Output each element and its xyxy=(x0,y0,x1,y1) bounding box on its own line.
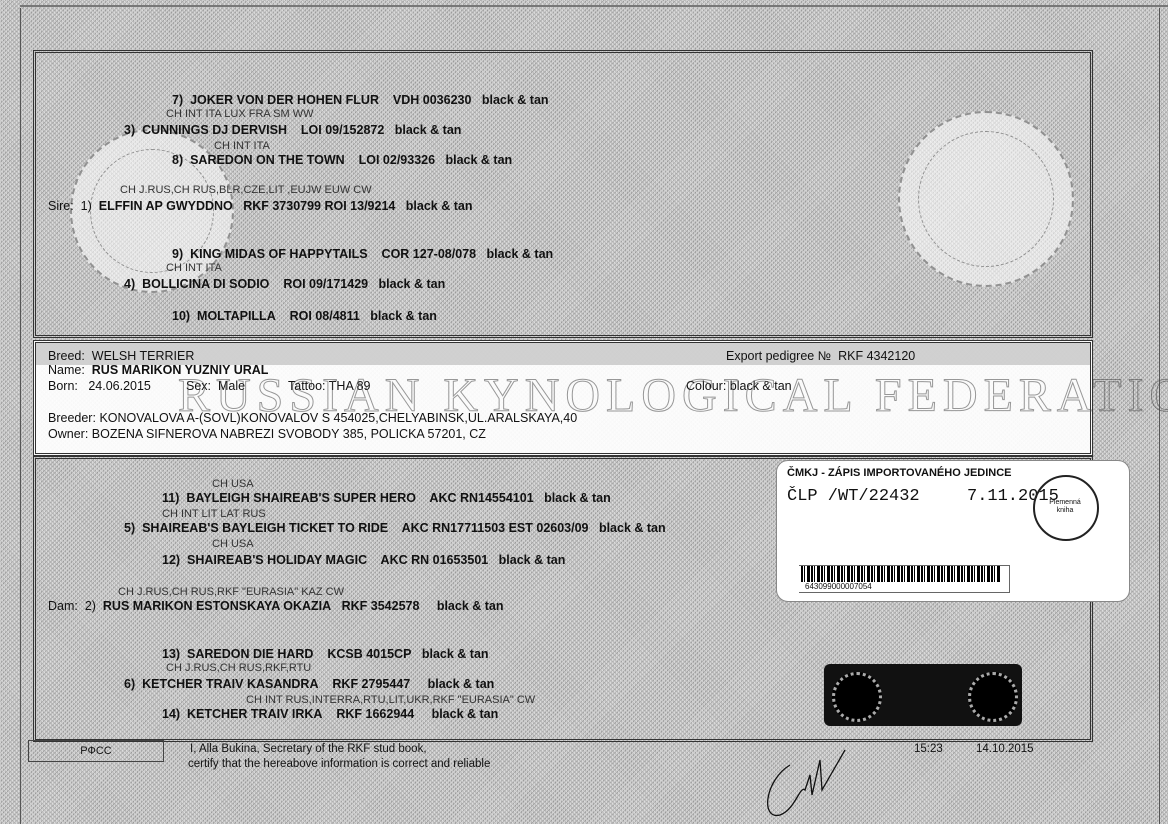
ancestor-5: 5) SHAIREAB'S BAYLEIGH TICKET TO RIDE AK… xyxy=(124,521,666,535)
export-pedigree-number: Export pedigree № RKF 4342120 xyxy=(726,349,915,363)
ancestor-3: 3) CUNNINGS DJ DERVISH LOI 09/152872 bla… xyxy=(124,123,461,137)
hologram-seal-right xyxy=(968,672,1018,722)
sticker-title: ČMKJ - ZÁPIS IMPORTOVANÉHO JEDINCE xyxy=(787,467,1012,479)
ancestor-11: 11) BAYLEIGH SHAIREAB'S SUPER HERO AKC R… xyxy=(162,491,611,505)
ancestor-6: 6) KETCHER TRAIV KASANDRA RKF 2795447 bl… xyxy=(124,677,494,691)
ancestor-10: 10) MOLTAPILLA ROI 08/4811 black & tan xyxy=(172,309,437,323)
born-line: Born: 24.06.2015 xyxy=(48,379,151,393)
rfcc-box: РФСС xyxy=(28,740,164,762)
ancestor-3-titles: CH INT ITA LUX FRA SM WW xyxy=(166,107,314,121)
print-time: 15:23 xyxy=(914,742,943,756)
hologram-seal-left xyxy=(832,672,882,722)
dam-line: Dam: 2) RUS MARIKON ESTONSKAYA OKAZIA RK… xyxy=(48,599,504,613)
ancestor-13: 13) SAREDON DIE HARD KCSB 4015CP black &… xyxy=(162,647,489,661)
certification-line-2: certify that the hereabove information i… xyxy=(188,757,490,771)
ancestor-12-titles: CH USA xyxy=(212,537,254,551)
federation-watermark: RUSSIAN KYNOLOGICAL FEDERATION xyxy=(178,368,1168,423)
sire-section: 7) JOKER VON DER HOHEN FLUR VDH 0036230 … xyxy=(33,50,1093,338)
ancestor-6-titles: CH J.RUS,CH RUS,RKF,RTU xyxy=(166,661,311,675)
sticker-registration-code: ČLP /WT/22432 xyxy=(787,487,920,506)
signature xyxy=(760,745,870,820)
sire-titles: CH J.RUS,CH RUS,BLR,CZE,LIT ,EUJW EUW CW xyxy=(120,183,372,197)
barcode: 643099000007054 xyxy=(799,565,1010,593)
stud-book-stamp: Plemenná kniha xyxy=(1033,475,1099,541)
ancestor-5-titles: CH INT LIT LAT RUS xyxy=(162,507,266,521)
ancestor-7: 7) JOKER VON DER HOHEN FLUR VDH 0036230 … xyxy=(172,93,549,107)
ancestor-8: 8) SAREDON ON THE TOWN LOI 02/93326 blac… xyxy=(172,153,512,167)
ancestor-14-titles: CH INT RUS,INTERRA,RTU,LIT,UKR,RKF "EURA… xyxy=(246,693,535,707)
ancestor-12: 12) SHAIREAB'S HOLIDAY MAGIC AKC RN 0165… xyxy=(162,553,565,567)
owner-line: Owner: BOZENA SIFNEROVA NABREZI SVOBODY … xyxy=(48,427,486,441)
barcode-bars xyxy=(801,566,1001,582)
dam-titles: CH J.RUS,CH RUS,RKF "EURASIA" KAZ CW xyxy=(118,585,344,599)
hologram-sticker xyxy=(824,664,1022,726)
ancestor-11-titles: CH USA xyxy=(212,477,254,491)
ancestor-14: 14) KETCHER TRAIV IRKA RKF 1662944 black… xyxy=(162,707,498,721)
breed-line: Breed: WELSH TERRIER xyxy=(48,349,194,363)
print-date: 14.10.2015 xyxy=(976,742,1034,756)
ancestor-4-titles: CH INT ITA xyxy=(166,261,222,275)
ancestor-4: 4) BOLLICINA DI SODIO ROI 09/171429 blac… xyxy=(124,277,445,291)
barcode-number: 643099000007054 xyxy=(805,582,872,591)
top-edge-line xyxy=(20,5,1168,7)
certification-line-1: I, Alla Bukina, Secretary of the RKF stu… xyxy=(190,742,427,756)
sire-line: Sire: 1) ELFFIN AP GWYDDNO RKF 3730799 R… xyxy=(48,199,472,213)
rkf-seal-right xyxy=(898,111,1074,287)
cmkj-import-sticker: ČMKJ - ZÁPIS IMPORTOVANÉHO JEDINCE ČLP /… xyxy=(776,460,1130,602)
ancestor-9: 9) KING MIDAS OF HAPPYTAILS COR 127-08/0… xyxy=(172,247,553,261)
ancestor-8-titles: CH INT ITA xyxy=(214,139,270,153)
